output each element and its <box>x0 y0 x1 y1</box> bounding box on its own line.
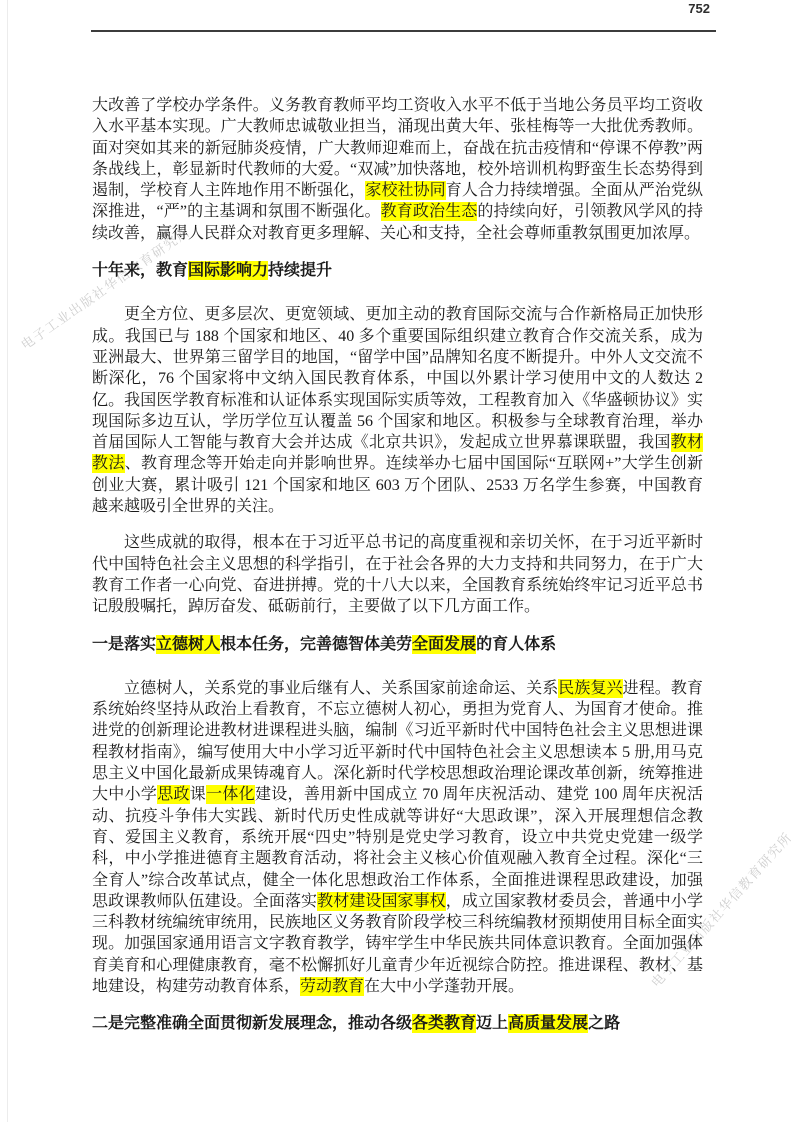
text-run: 十年来，教育 <box>92 262 188 279</box>
text-run: 这些成就的取得，根本在于习近平总书记的高度重视和亲切关怀，在于习近平新时代中国特… <box>92 534 703 615</box>
text-run: 立德树人，关系党的事业后继有人、关系国家前途命运、关系 <box>124 680 558 697</box>
document-body: 大改善了学校办学条件。义务教育教师平均工资收入水平不低于当地公务员平均工资收入水… <box>92 95 703 1058</box>
heading-moral-education-task: 一是落实立德树人根本任务，完善德智体美劳全面发展的育人体系 <box>92 634 703 655</box>
heading-high-quality-development: 二是完整准确全面贯彻新发展理念，推动各级各类教育迈上高质量发展之路 <box>92 1013 703 1034</box>
paragraph-teachers-and-governance: 大改善了学校办学条件。义务教育教师平均工资收入水平不低于当地公务员平均工资收入水… <box>92 95 703 244</box>
highlighted-text: 思政 <box>157 785 190 804</box>
text-run: 的育人体系 <box>476 636 556 653</box>
paragraph-international-exchange: 更全方位、更多层次、更宽领域、更加主动的教育国际交流与合作新格局正加快形成。我国… <box>92 304 703 517</box>
text-run: 、教育理念等开始走向并影响世界。连续举办七届中国国际“互联网+”大学生创新创业大… <box>92 455 703 515</box>
text-run: 在大中小学蓬勃开展。 <box>364 978 524 995</box>
document-page: 752 电子工业出版社华信教育研究所 电子工业出版社华信教育研究所 大改善了学校… <box>0 0 793 1122</box>
highlighted-text: 高质量发展 <box>508 1014 588 1033</box>
text-run: 根本任务，完善德智体美劳 <box>220 636 412 653</box>
highlighted-text: 一体化 <box>206 785 255 804</box>
text-run: 一是落实 <box>92 636 156 653</box>
paragraph-moral-education-details: 立德树人，关系党的事业后继有人、关系国家前途命运、关系民族复兴进程。教育系统始终… <box>92 678 703 997</box>
text-run: 二是完整准确全面贯彻新发展理念，推动各级 <box>92 1015 412 1032</box>
highlighted-text: 各类教育 <box>412 1014 476 1033</box>
highlighted-text: 劳动教育 <box>300 977 364 996</box>
highlighted-text: 立德树人 <box>156 635 220 654</box>
text-run: 更全方位、更多层次、更宽领域、更加主动的教育国际交流与合作新格局正加快形成。我国… <box>92 306 703 451</box>
heading-international-influence: 十年来，教育国际影响力持续提升 <box>92 260 703 281</box>
text-run: 持续提升 <box>268 262 332 279</box>
page-number: 752 <box>688 1 710 16</box>
text-run: 之路 <box>588 1015 620 1032</box>
paragraph-achievements-attribution: 这些成就的取得，根本在于习近平总书记的高度重视和亲切关怀，在于习近平新时代中国特… <box>92 532 703 617</box>
page-edge-line <box>7 0 8 1122</box>
highlighted-text: 家校社协同 <box>365 181 445 200</box>
highlighted-text: 全面发展 <box>412 635 476 654</box>
text-run: 课 <box>190 786 206 803</box>
header-rule <box>91 30 716 32</box>
highlighted-text: 国际影响力 <box>188 261 268 280</box>
highlighted-text: 教材建设国家事权 <box>317 892 446 911</box>
highlighted-text: 教育政治生态 <box>381 202 478 221</box>
highlighted-text: 民族复兴 <box>558 679 622 698</box>
text-run: 迈上 <box>476 1015 508 1032</box>
